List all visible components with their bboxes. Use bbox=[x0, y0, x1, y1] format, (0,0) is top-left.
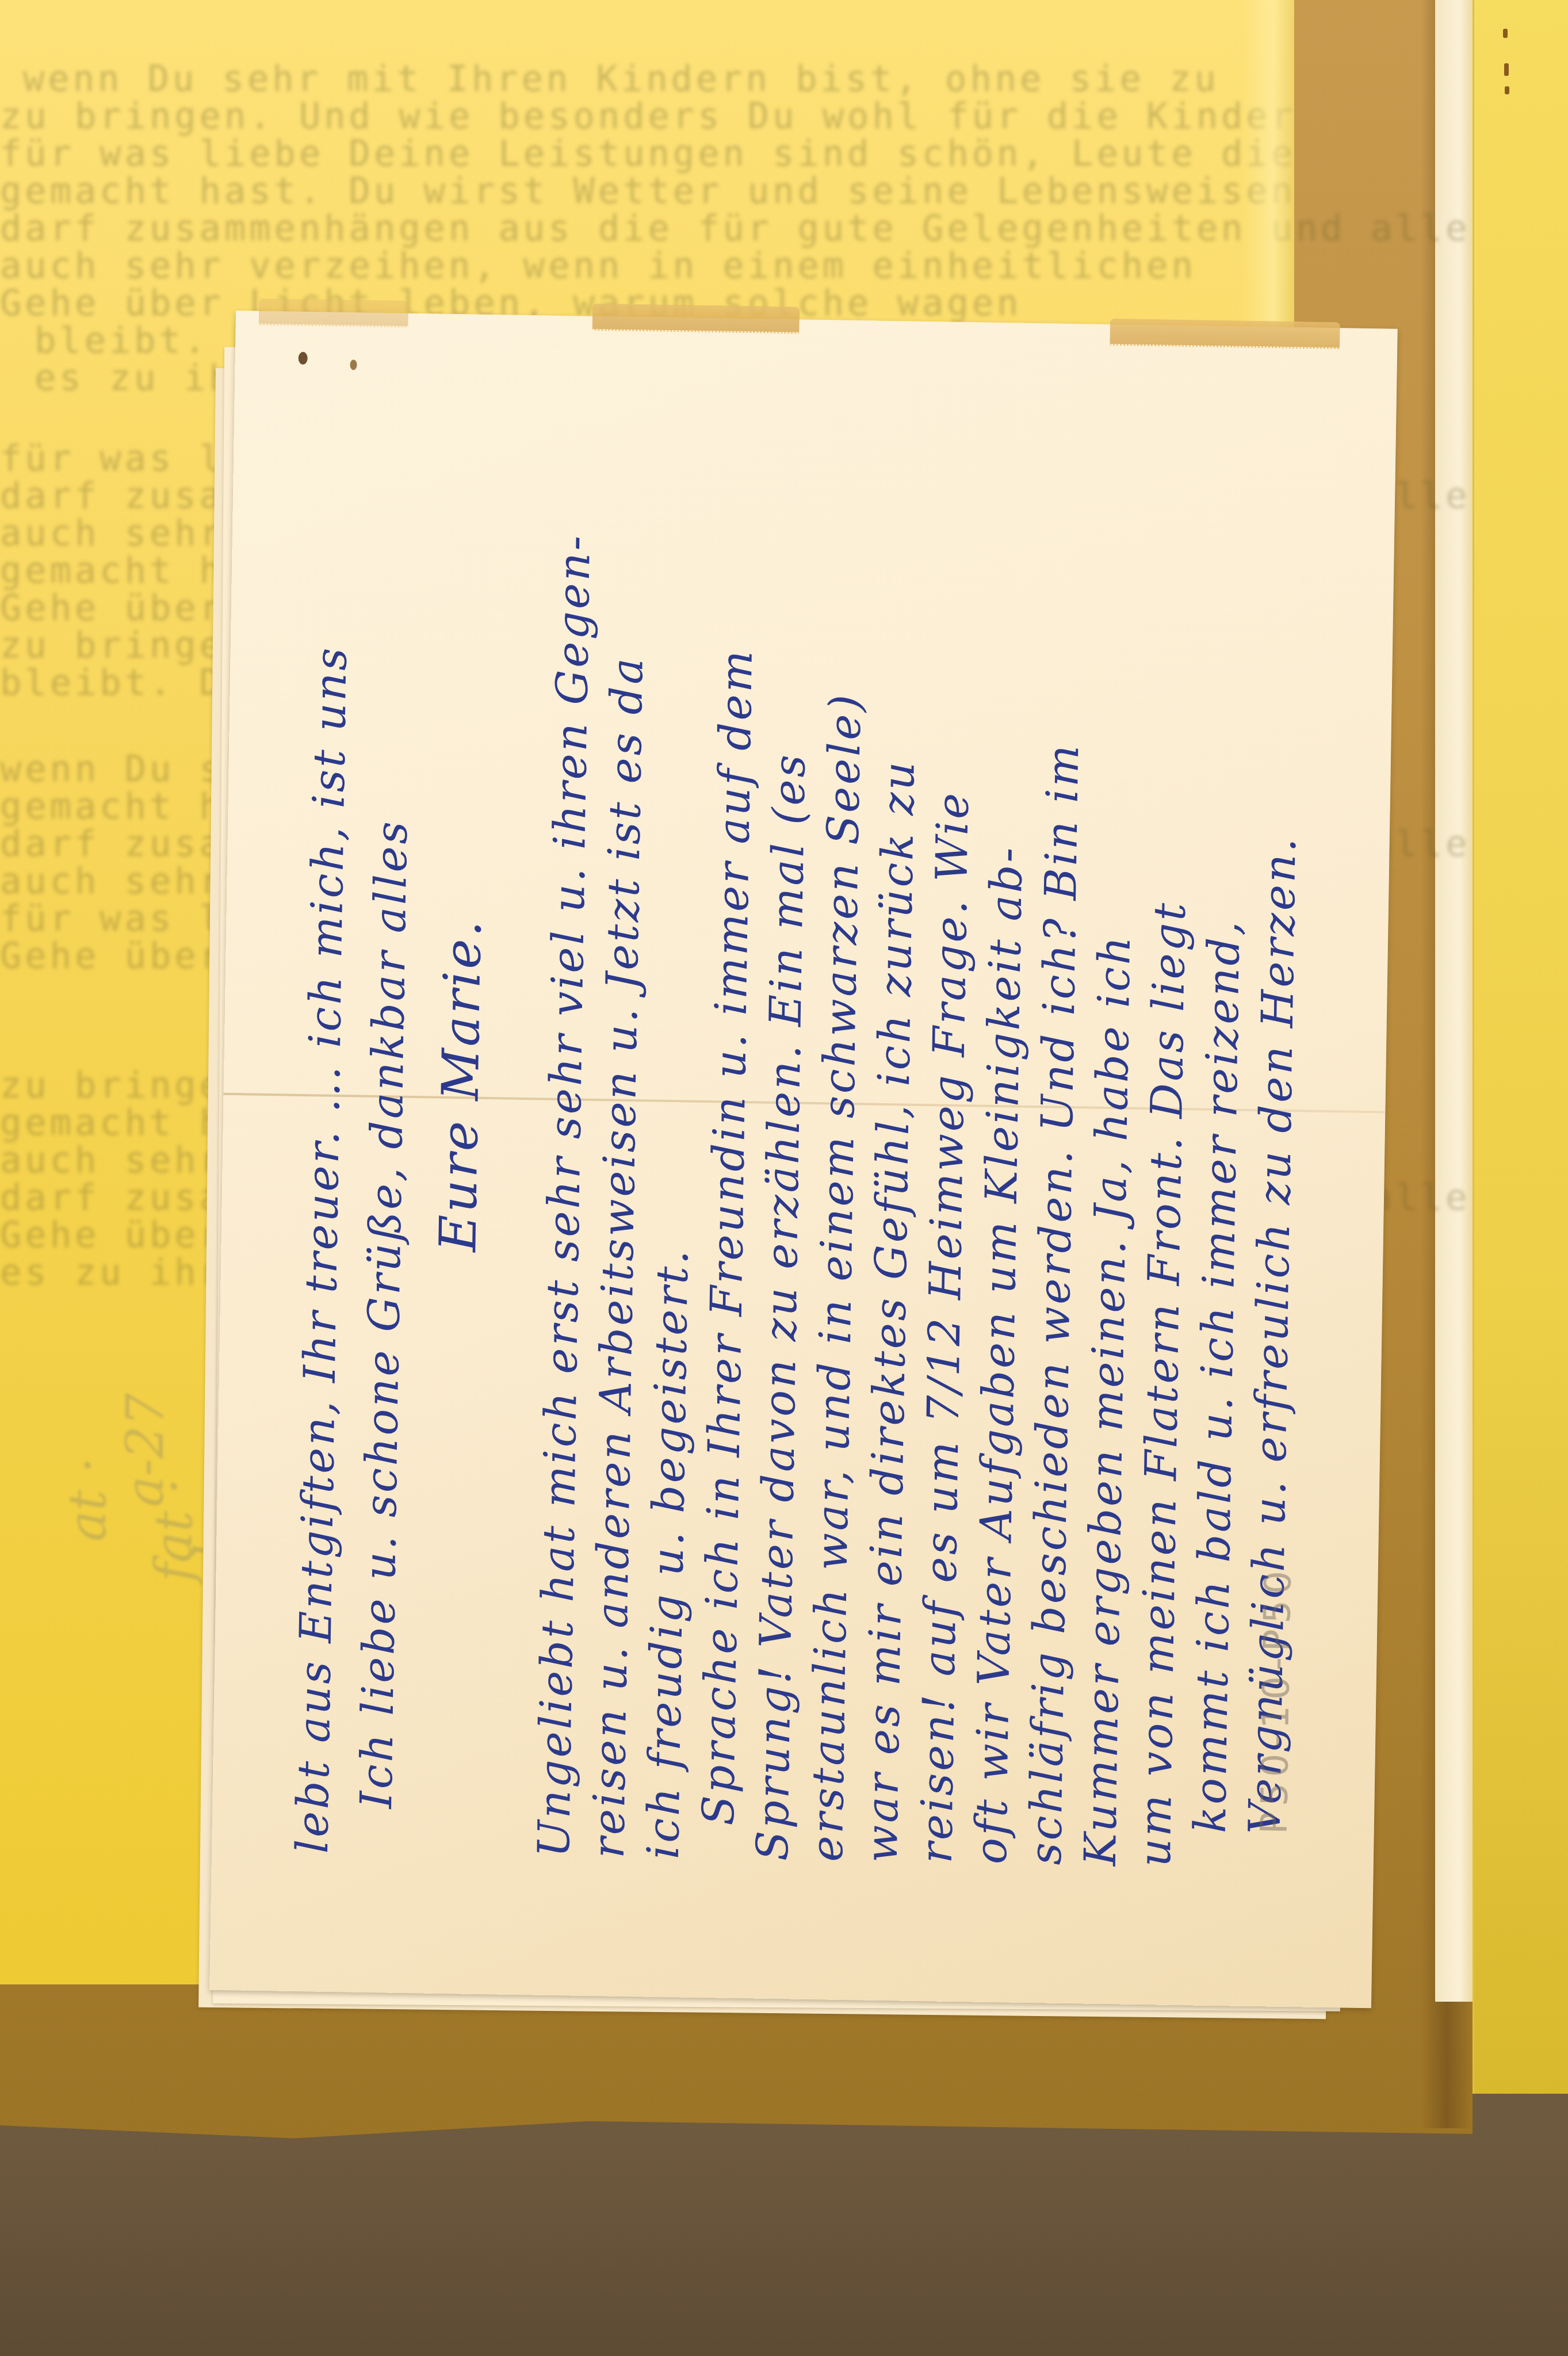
staple-mark bbox=[1505, 86, 1509, 94]
typed-line: für was liebe Deine Leistungen sind schö… bbox=[0, 132, 1296, 174]
punch-hole bbox=[350, 359, 357, 370]
right-yellow-sheet bbox=[1473, 0, 1568, 2094]
typed-line: auch sehr verzeihen, wenn in einem einhe… bbox=[0, 244, 1196, 286]
typed-line: wenn Du sehr mit Ihren Kindern bist, ohn… bbox=[23, 58, 1219, 100]
typed-line: gemacht hast. Du wirst Wetter und seine … bbox=[0, 170, 1296, 212]
handwritten-letter: lebt aus Entgiften, Ihr treuer. ... ich … bbox=[209, 311, 1398, 2008]
handwritten-line: Kummer ergeben meinen. Ja, habe ich bbox=[1074, 934, 1140, 1867]
punch-hole bbox=[299, 352, 308, 365]
handwritten-line: lebt aus Entgiften, Ihr treuer. ... ich … bbox=[286, 645, 357, 1854]
handwritten-signature: Eure Marie. bbox=[428, 918, 492, 1252]
typed-line: zu bringen. Und wie besonders Du wohl fü… bbox=[0, 95, 1296, 137]
tape-remnant bbox=[259, 299, 409, 328]
archive-reference-number: P50-10-P50 bbox=[1253, 1565, 1300, 1834]
staple-mark bbox=[1504, 63, 1509, 76]
table-surface bbox=[0, 2140, 1568, 2356]
handwritten-text-rotated: lebt aus Entgiften, Ihr treuer. ... ich … bbox=[286, 381, 1402, 1871]
handwritten-line: kommt ich bald u. ich immer reizend, bbox=[1184, 919, 1250, 1833]
pencil-note: at · bbox=[58, 1457, 118, 1542]
handwritten-line: ich freudig u. begeistert. bbox=[637, 1248, 698, 1860]
tape-remnant bbox=[592, 304, 800, 334]
right-sheet-edge bbox=[1435, 0, 1475, 2002]
staple-mark bbox=[1503, 29, 1508, 38]
tape-remnant bbox=[1110, 319, 1340, 349]
handwritten-line: Ich liebe u. schone Grüße, dankbar alles bbox=[350, 819, 417, 1809]
